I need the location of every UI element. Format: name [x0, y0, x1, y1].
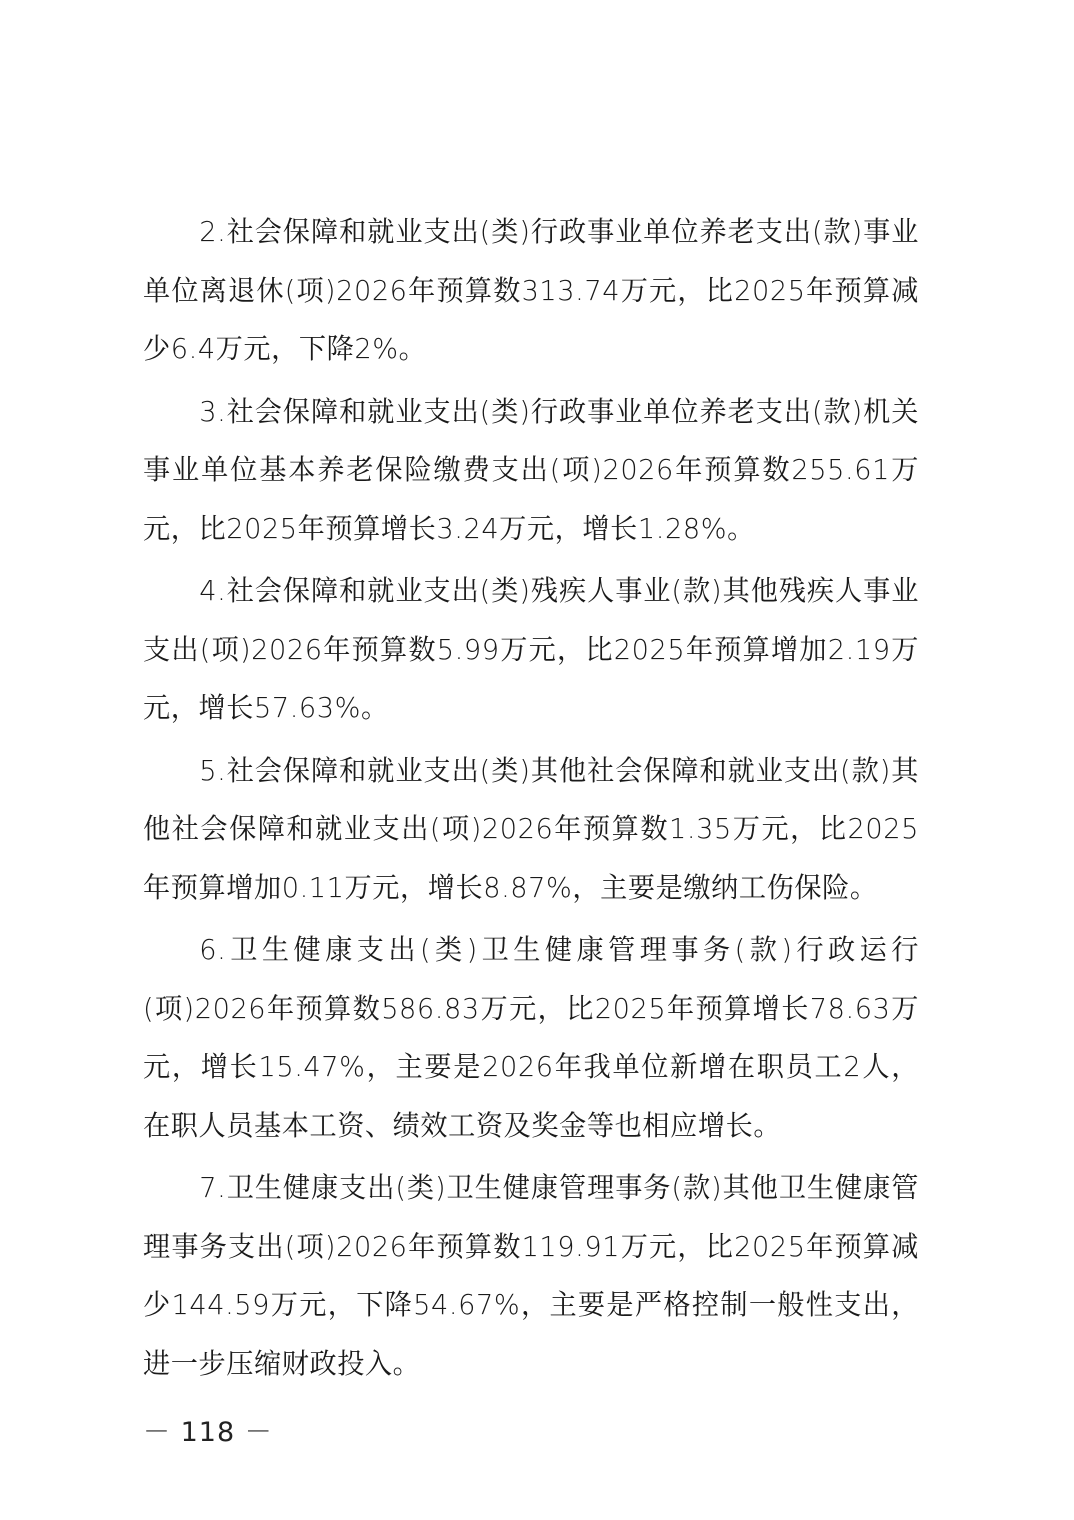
paragraph-item-6: 6.卫生健康支出(类)卫生健康管理事务(款)行政运行(项)2026年预算数586… — [143, 921, 919, 1155]
paragraph-item-4: 4.社会保障和就业支出(类)残疾人事业(款)其他残疾人事业支出(项)2026年预… — [143, 562, 919, 738]
document-body: 2.社会保障和就业支出(类)行政事业单位养老支出(款)事业单位离退休(项)202… — [143, 203, 943, 1397]
paragraph-item-2: 2.社会保障和就业支出(类)行政事业单位养老支出(款)事业单位离退休(项)202… — [143, 203, 919, 379]
page-number: － 118 － — [143, 1410, 273, 1449]
paragraph-item-3: 3.社会保障和就业支出(类)行政事业单位养老支出(款)机关事业单位基本养老保险缴… — [143, 383, 919, 559]
paragraph-item-5: 5.社会保障和就业支出(类)其他社会保障和就业支出(款)其他社会保障和就业支出(… — [143, 742, 919, 918]
paragraph-item-7: 7.卫生健康支出(类)卫生健康管理事务(款)其他卫生健康管理事务支出(项)202… — [143, 1159, 919, 1393]
